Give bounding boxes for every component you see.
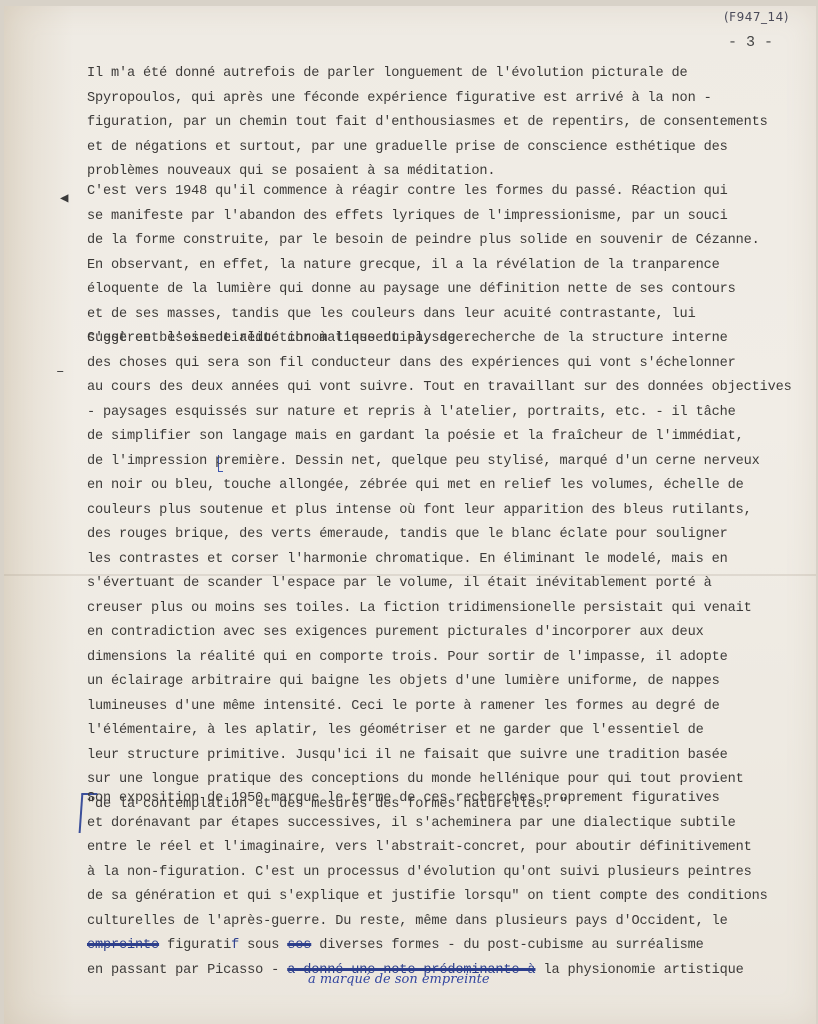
paragraph-4: Son exposition de 1950 marque le terme d…: [87, 787, 817, 983]
text-line: en noir ou bleu, touche allongée, zébrée…: [87, 474, 817, 499]
text-line: les contrastes et corser l'harmonie chro…: [87, 548, 817, 573]
text-line: au cours des deux années qui vont suivre…: [87, 376, 817, 401]
archive-reference: (F947_14): [724, 10, 789, 24]
text-line: des rouges brique, des verts émeraude, t…: [87, 523, 817, 548]
text-line: - paysages esquissés sur nature et repri…: [87, 401, 817, 426]
struck-word: empreinte: [87, 938, 159, 953]
text-line: couleurs plus soutenue et plus intense o…: [87, 499, 817, 524]
text-line: un éclairage arbitraire qui baigne les o…: [87, 670, 817, 695]
text-segment: en passant par Picasso -: [87, 963, 287, 978]
text-line: éloquente de la lumière qui donne au pay…: [87, 278, 817, 303]
text-line: des choses qui sera son fil conducteur d…: [87, 352, 817, 377]
edited-line: empreinte figuratif sous ses diverses fo…: [87, 934, 817, 959]
text-line: s'évertuant de scander l'espace par le v…: [87, 572, 817, 597]
text-line: et de ses masses, tandis que les couleur…: [87, 303, 817, 328]
struck-word: ses: [287, 938, 311, 953]
text-line: En observant, en effet, la nature grecqu…: [87, 254, 817, 279]
paragraph-3: C'est ce besoin de réduction à l'essenti…: [87, 327, 817, 817]
paragraph-1: Il m'a été donné autrefois de parler lon…: [87, 62, 817, 185]
margin-arrow-icon: ◀: [60, 190, 68, 207]
text-segment: sous: [239, 938, 287, 953]
text-line: entre le réel et l'imaginaire, vers l'ab…: [87, 836, 817, 861]
text-segment: diverses formes - du post-cubisme au sur…: [311, 938, 703, 953]
text-line: lumineuses d'une même intensité. Ceci le…: [87, 695, 817, 720]
handwritten-insertion: a marqué de son empreinte: [308, 972, 490, 987]
text-line: culturelles de l'après-guerre. Du reste,…: [87, 910, 817, 935]
margin-dash-mark: –: [56, 364, 64, 380]
text-line: de l'impression première. Dessin net, qu…: [87, 450, 817, 475]
text-line: Il m'a été donné autrefois de parler lon…: [87, 62, 817, 87]
text-segment: la physionomie artistique: [535, 963, 743, 978]
text-line: C'est ce besoin de réduction à l'essenti…: [87, 327, 817, 352]
text-line: se manifeste par l'abandon des effets ly…: [87, 205, 817, 230]
text-line: et de négations et surtout, par une grad…: [87, 136, 817, 161]
text-line: C'est vers 1948 qu'il commence à réagir …: [87, 180, 817, 205]
text-line: l'élémentaire, à les aplatir, les géomét…: [87, 719, 817, 744]
text-line: leur structure primitive. Jusqu'ici il n…: [87, 744, 817, 769]
text-segment: figurati: [159, 938, 231, 953]
text-line: Spyropoulos, qui après une féconde expér…: [87, 87, 817, 112]
text-line: de la forme construite, par le besoin de…: [87, 229, 817, 254]
text-line: de sa génération et qui s'explique et ju…: [87, 885, 817, 910]
text-line: et dorénavant par étapes successives, il…: [87, 812, 817, 837]
text-line: creuser plus ou moins ses toiles. La fic…: [87, 597, 817, 622]
page-number: - 3 -: [728, 34, 773, 51]
paragraph-2: C'est vers 1948 qu'il commence à réagir …: [87, 180, 817, 352]
text-line: figuration, par un chemin tout fait d'en…: [87, 111, 817, 136]
text-line: à la non-figuration. C'est un processus …: [87, 861, 817, 886]
handwritten-correction: f: [231, 938, 239, 953]
text-line: en contradiction avec ses exigences pure…: [87, 621, 817, 646]
text-line: Son exposition de 1950 marque le terme d…: [87, 787, 817, 812]
text-line: de simplifier son langage mais en gardan…: [87, 425, 817, 450]
text-line: dimensions la réalité qui en comporte tr…: [87, 646, 817, 671]
